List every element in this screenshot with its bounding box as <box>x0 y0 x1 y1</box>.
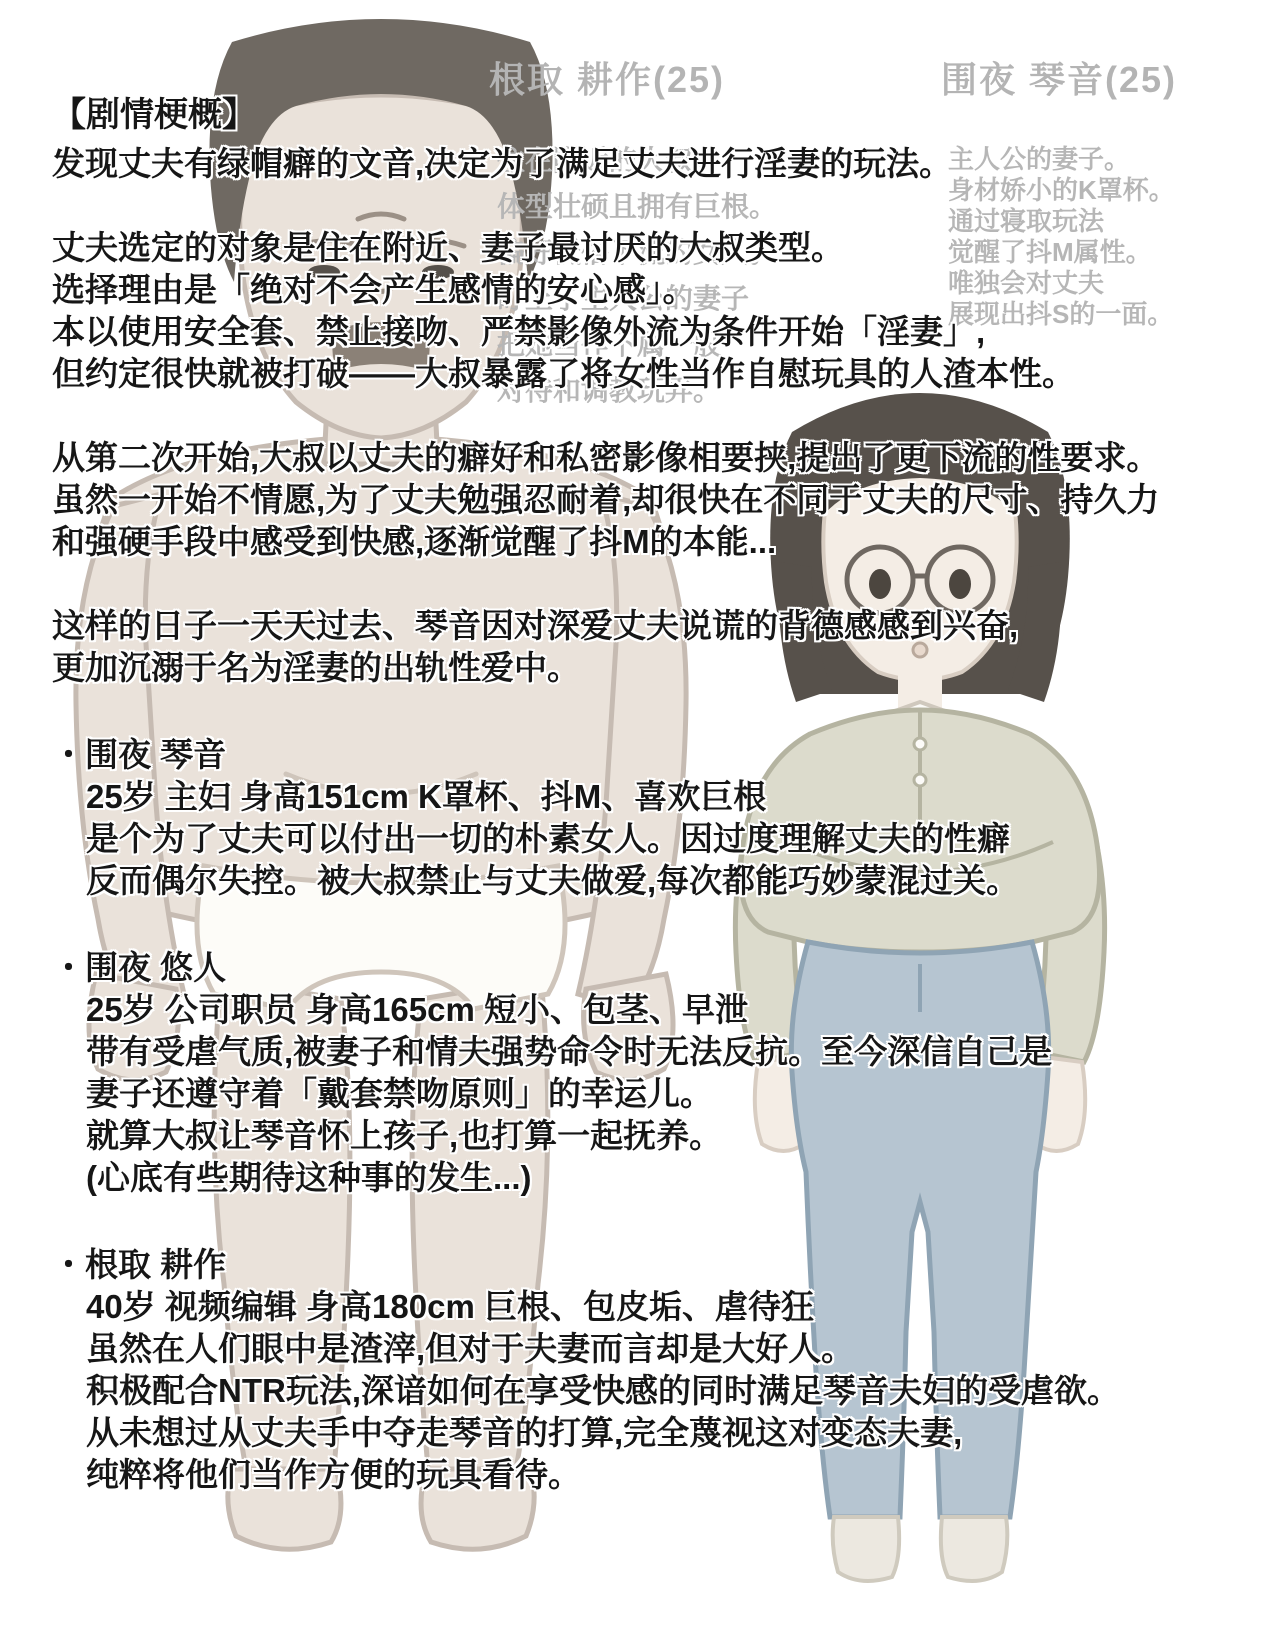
text-line: 本以使用安全套、禁止接吻、严禁影像外流为条件开始「淫妻」, <box>52 311 1159 353</box>
text-line: 带有受虐气质,被妻子和情夫强势命令时无法反抗。至今深信自己是 <box>52 1031 1159 1073</box>
text-line: 积极配合NTR玩法,深谙如何在享受快感的同时满足琴音夫妇的受虐欲。 <box>52 1370 1159 1412</box>
main-text-column: 【剧情梗概】 发现丈夫有绿帽癖的文音,决定为了满足丈夫进行淫妻的玩法。 丈夫选定… <box>52 94 1159 1496</box>
character-details: 40岁 视频编辑 身高180cm 巨根、包皮垢、虐待狂虽然在人们眼中是渣滓,但对… <box>52 1286 1159 1496</box>
character-profile-kotone: ・围夜 琴音 25岁 主妇 身高151cm K罩杯、抖M、喜欢巨根是个为了丈夫可… <box>52 734 1159 902</box>
text-line: 更加沉溺于名为淫妻的出轨性爱中。 <box>52 647 1159 689</box>
character-profile-yuto: ・围夜 悠人 25岁 公司职员 身高165cm 短小、包茎、早泄带有受虐气质,被… <box>52 947 1159 1199</box>
text-line: 虽然在人们眼中是渣滓,但对于夫妻而言却是大好人。 <box>52 1328 1159 1370</box>
character-details: 25岁 主妇 身高151cm K罩杯、抖M、喜欢巨根是个为了丈夫可以付出一切的朴… <box>52 776 1159 902</box>
synopsis-paragraph: 发现丈夫有绿帽癖的文音,决定为了满足丈夫进行淫妻的玩法。 <box>52 143 1159 185</box>
character-profile-kosaku: ・根取 耕作 40岁 视频编辑 身高180cm 巨根、包皮垢、虐待狂虽然在人们眼… <box>52 1244 1159 1496</box>
character-bullet-name: ・围夜 悠人 <box>52 947 1159 989</box>
text-line: 妻子还遵守着「戴套禁吻原则」的幸运儿。 <box>52 1073 1159 1115</box>
text-line: 虽然一开始不情愿,为了丈夫勉强忍耐着,却很快在不同于丈夫的尺寸、持久力 <box>52 479 1159 521</box>
synopsis-paragraph: 这样的日子一天天过去、琴音因对深爱丈夫说谎的背德感感到兴奋,更加沉溺于名为淫妻的… <box>52 605 1159 689</box>
text-line: 这样的日子一天天过去、琴音因对深爱丈夫说谎的背德感感到兴奋, <box>52 605 1159 647</box>
text-line: 是个为了丈夫可以付出一切的朴素女人。因过度理解丈夫的性癖 <box>52 818 1159 860</box>
text-line: (心底有些期待这种事的发生...) <box>52 1157 1159 1199</box>
text-line: 反而偶尔失控。被大叔禁止与丈夫做爱,每次都能巧妙蒙混过关。 <box>52 860 1159 902</box>
character-bullet-name: ・围夜 琴音 <box>52 734 1159 776</box>
synopsis-title: 【剧情梗概】 <box>52 94 1159 136</box>
text-line: 纯粹将他们当作方便的玩具看待。 <box>52 1454 1159 1496</box>
text-line: 25岁 主妇 身高151cm K罩杯、抖M、喜欢巨根 <box>52 776 1159 818</box>
text-line: 25岁 公司职员 身高165cm 短小、包茎、早泄 <box>52 989 1159 1031</box>
synopsis-paragraph: 丈夫选定的对象是住在附近、妻子最讨厌的大叔类型。选择理由是「绝对不会产生感情的安… <box>52 227 1159 395</box>
text-line: 但约定很快就被打破——大叔暴露了将女性当作自慰玩具的人渣本性。 <box>52 353 1159 395</box>
text-line: 从未想过从丈夫手中夺走琴音的打算,完全蔑视这对变态夫妻, <box>52 1412 1159 1454</box>
text-line: 丈夫选定的对象是住在附近、妻子最讨厌的大叔类型。 <box>52 227 1159 269</box>
text-line: 选择理由是「绝对不会产生感情的安心感」。 <box>52 269 1159 311</box>
text-line: 40岁 视频编辑 身高180cm 巨根、包皮垢、虐待狂 <box>52 1286 1159 1328</box>
text-line: 发现丈夫有绿帽癖的文音,决定为了满足丈夫进行淫妻的玩法。 <box>52 143 1159 185</box>
character-details: 25岁 公司职员 身高165cm 短小、包茎、早泄带有受虐气质,被妻子和情夫强势… <box>52 989 1159 1199</box>
text-line: 从第二次开始,大叔以丈夫的癖好和私密影像相要挟,提出了更下流的性要求。 <box>52 437 1159 479</box>
text-line: 就算大叔让琴音怀上孩子,也打算一起抚养。 <box>52 1115 1159 1157</box>
woman-left-sock <box>833 1517 899 1581</box>
text-line: 和强硬手段中感受到快感,逐渐觉醒了抖M的本能... <box>52 521 1159 563</box>
woman-right-sock <box>941 1517 1007 1581</box>
synopsis-paragraph: 从第二次开始,大叔以丈夫的癖好和私密影像相要挟,提出了更下流的性要求。虽然一开始… <box>52 437 1159 563</box>
doujin-info-page: 根取 耕作(25) 围夜 琴音(25) 住在附近的大叔。体型壮硕且拥有巨根。偏好… <box>0 0 1280 1638</box>
character-bullet-name: ・根取 耕作 <box>52 1244 1159 1286</box>
